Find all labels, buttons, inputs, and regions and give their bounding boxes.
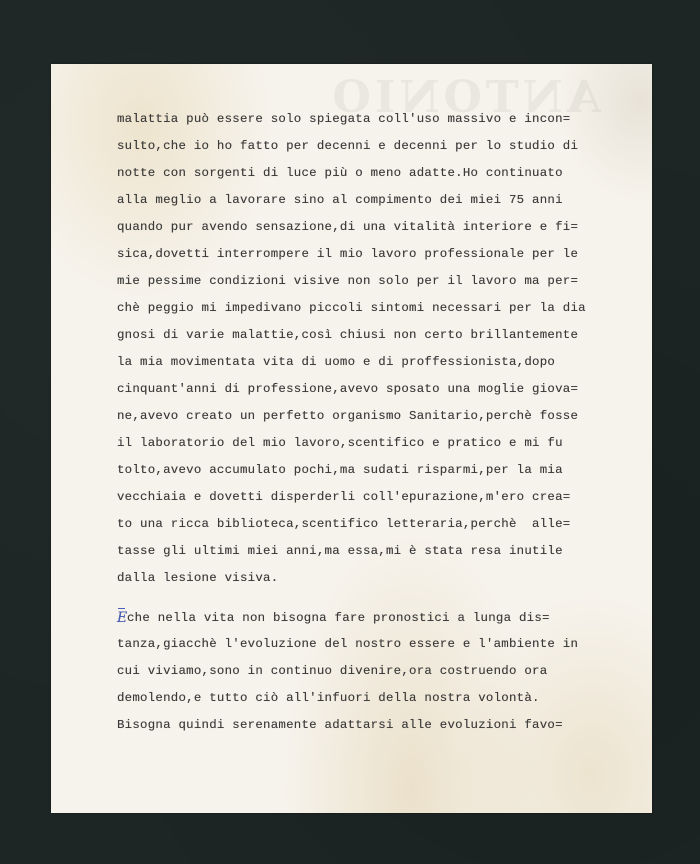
text-line: sulto,che io ho fatto per decenni e dece…	[117, 133, 637, 160]
text-line: to una ricca biblioteca,scentifico lette…	[117, 511, 637, 538]
text-line: vecchiaia e dovetti disperderli coll'epu…	[117, 484, 637, 511]
text-line: quando pur avendo sensazione,di una vita…	[117, 214, 637, 241]
handwritten-annotation-mark: E	[117, 605, 127, 632]
paragraph: malattia può essere solo spiegata coll'u…	[117, 106, 637, 592]
text-line: cui viviamo,sono in continuo divenire,or…	[117, 658, 637, 685]
text-line: sica,dovetti interrompere il mio lavoro …	[117, 241, 637, 268]
text-line-content: che nella vita non bisogna fare pronosti…	[127, 611, 550, 625]
text-line: la mia movimentata vita di uomo e di pro…	[117, 349, 637, 376]
text-line: ne,avevo creato un perfetto organismo Sa…	[117, 403, 637, 430]
text-line: dalla lesione visiva.	[117, 565, 637, 592]
text-line: gnosi di varie malattie,così chiusi non …	[117, 322, 637, 349]
text-line: chè peggio mi impedivano piccoli sintomi…	[117, 295, 637, 322]
text-line: notte con sorgenti di luce più o meno ad…	[117, 160, 637, 187]
text-line: tolto,avevo accumulato pochi,ma sudati r…	[117, 457, 637, 484]
text-line: malattia può essere solo spiegata coll'u…	[117, 106, 637, 133]
text-line: cinquant'anni di professione,avevo sposa…	[117, 376, 637, 403]
text-line: alla meglio a lavorare sino al compiment…	[117, 187, 637, 214]
text-line: tasse gli ultimi miei anni,ma essa,mi è …	[117, 538, 637, 565]
text-line: il laboratorio del mio lavoro,scentifico…	[117, 430, 637, 457]
text-line: Eche nella vita non bisogna fare pronost…	[117, 604, 637, 631]
paragraph: Eche nella vita non bisogna fare pronost…	[117, 604, 637, 739]
typewritten-page: ANTONIO malattia può essere solo spiegat…	[51, 64, 652, 813]
page-body: malattia può essere solo spiegata coll'u…	[117, 106, 637, 739]
text-line: Bisogna quindi serenamente adattarsi all…	[117, 712, 637, 739]
text-line: mie pessime condizioni visive non solo p…	[117, 268, 637, 295]
text-line: tanza,giacchè l'evoluzione del nostro es…	[117, 631, 637, 658]
text-line: demolendo,e tutto ciò all'infuori della …	[117, 685, 637, 712]
